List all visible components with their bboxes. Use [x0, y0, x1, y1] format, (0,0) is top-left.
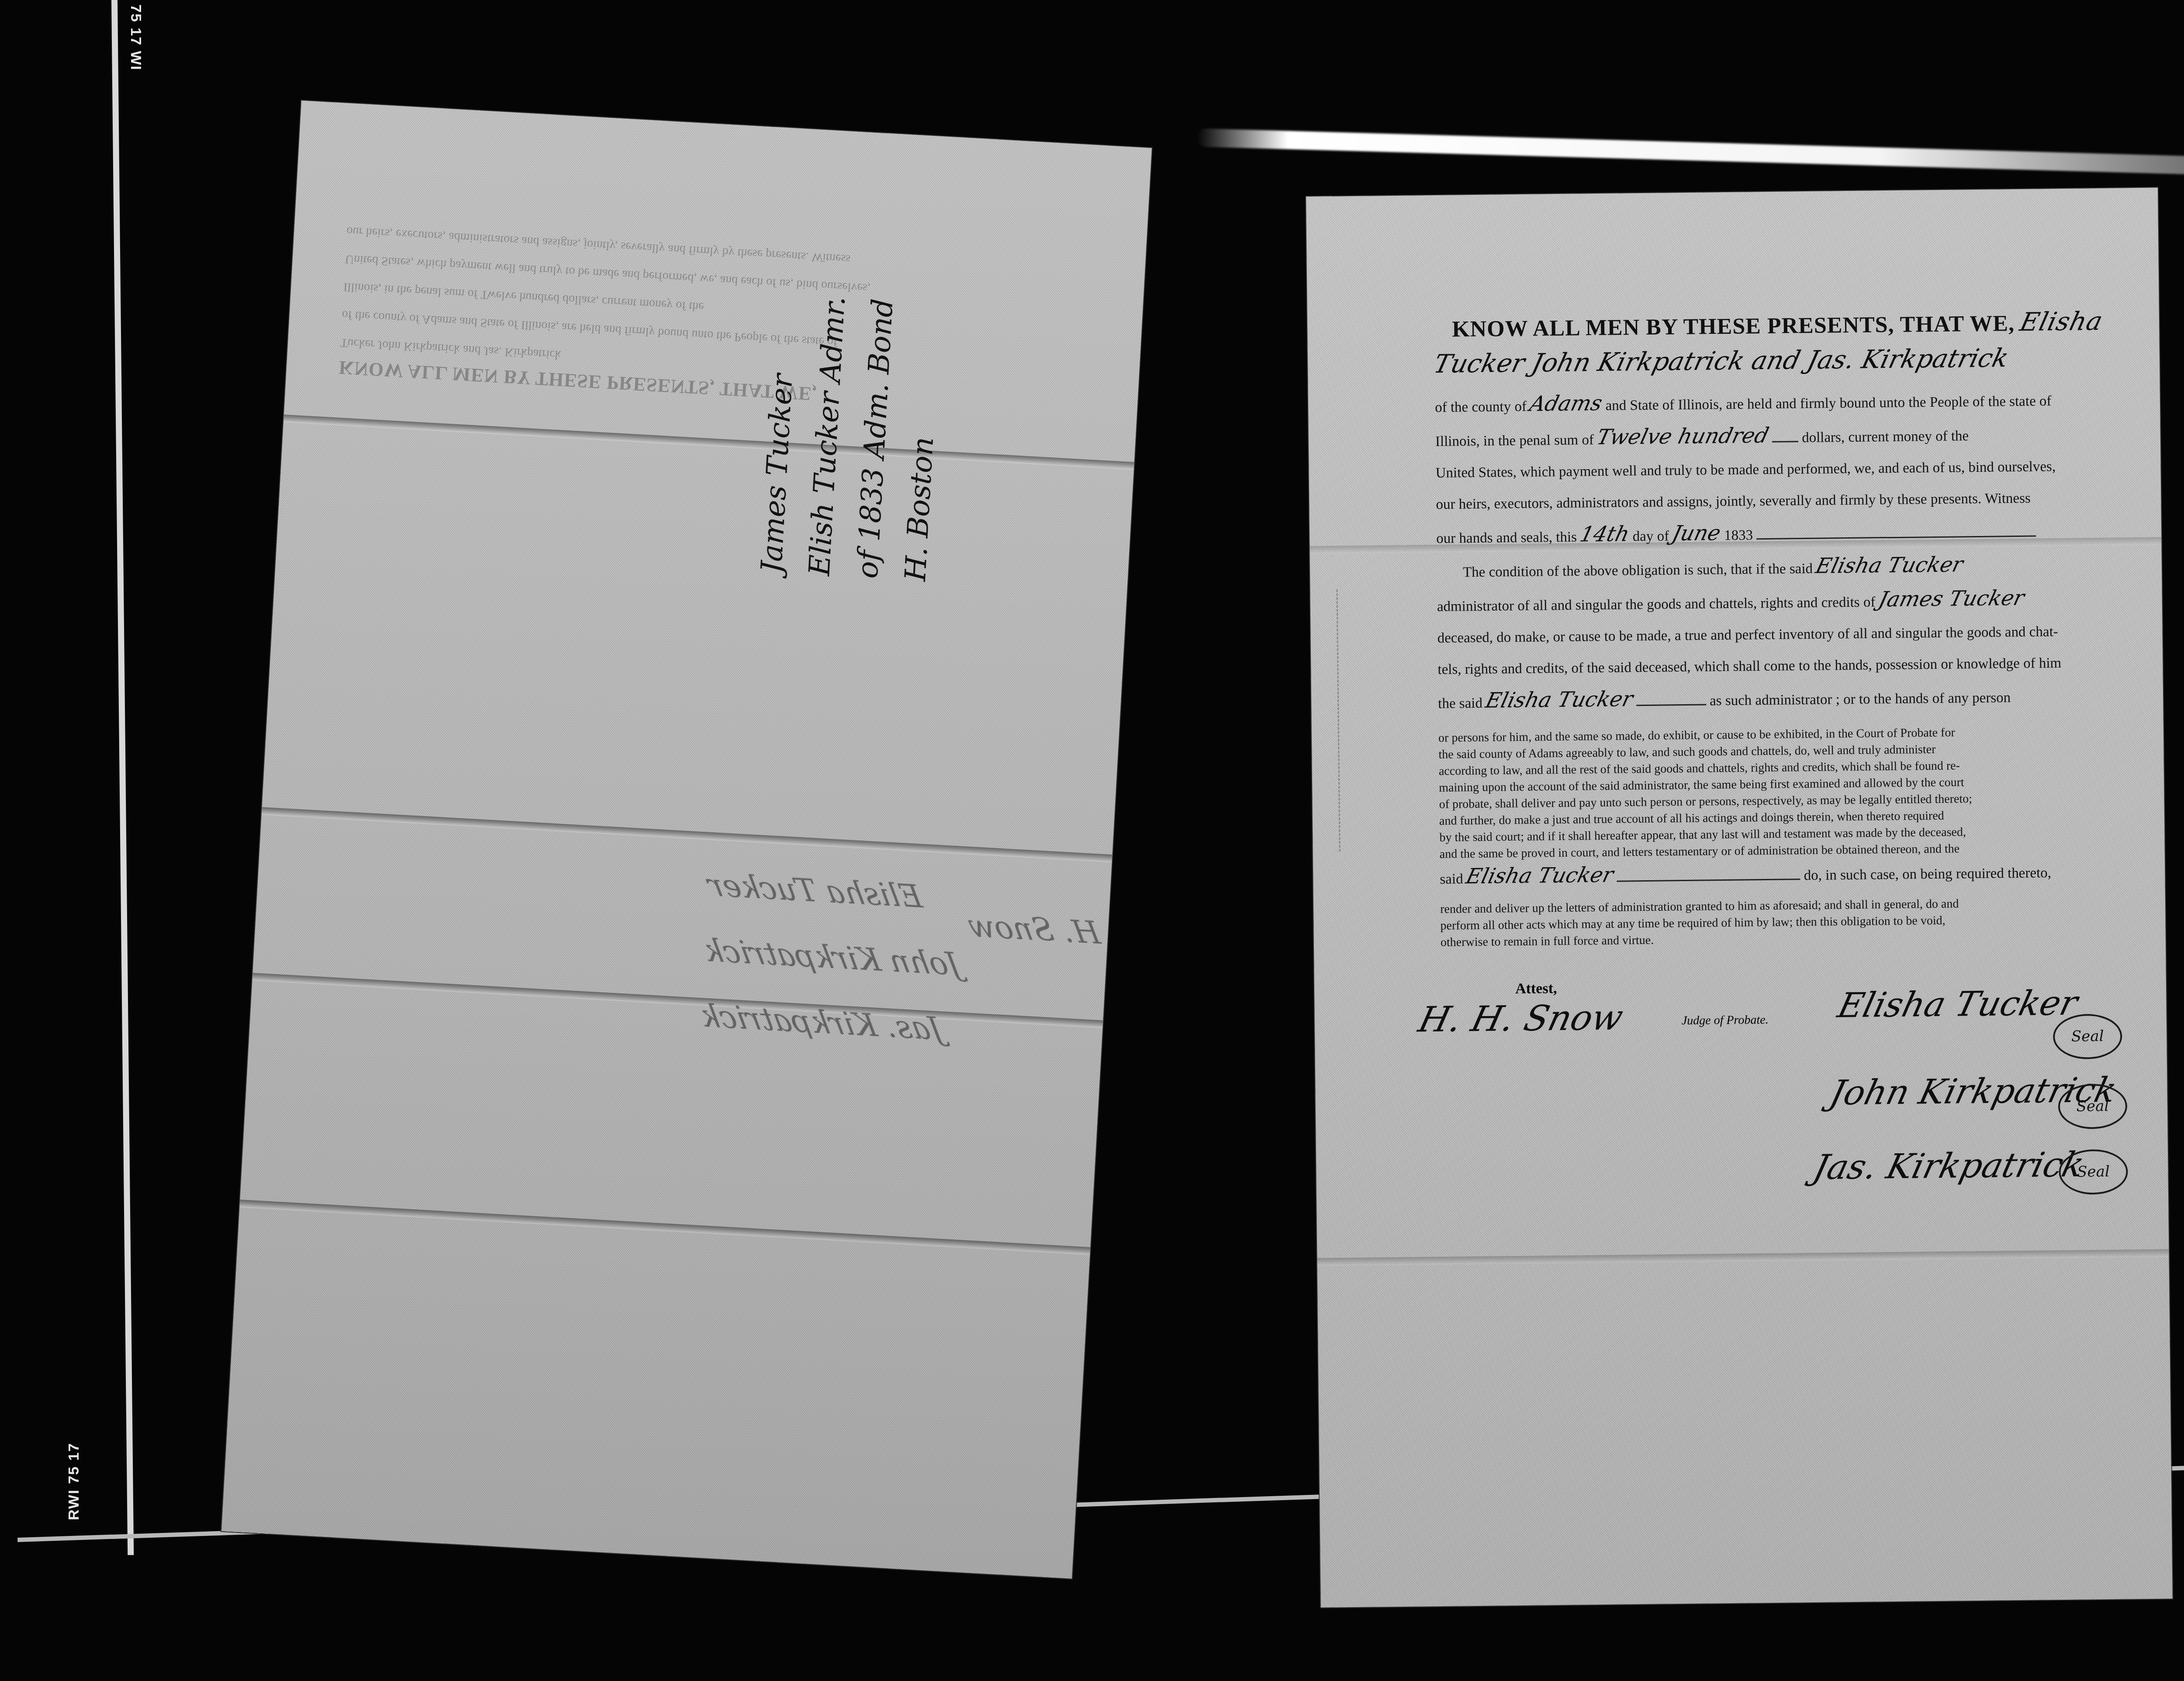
penal-sum-handwritten: Twelve hundred — [1593, 420, 1772, 453]
bleed-through-signature: John Kirkpatrick — [701, 932, 963, 983]
seal-mark: Seal — [2059, 1149, 2128, 1195]
microfilm-frame: 75 17 WI RWI 75 17 75 17 WI KNOW ALL MEN… — [0, 0, 2184, 1681]
bleed-through-signature: H. H. Snow — [965, 908, 1149, 954]
obligor-name-handwritten: Elisha — [2017, 306, 2106, 337]
judge-of-probate-label: Judge of Probate. — [1682, 1013, 1769, 1028]
docket-endorsement: James Tucker Elish Tucker Admr. of 1833 … — [747, 179, 961, 582]
printed-text: our hands and seals, this — [1436, 529, 1577, 546]
bleed-through-signature: Jas. Kirkpatrick — [698, 998, 946, 1048]
blank-rule — [1636, 704, 1706, 706]
month-handwritten: June — [1669, 517, 1724, 549]
fold-line — [252, 973, 1103, 1028]
printed-text: said — [1440, 871, 1463, 887]
film-glare-streak — [1197, 128, 2184, 179]
fold-line — [283, 415, 1134, 470]
blank-rule — [1617, 879, 1800, 882]
deceased-name-handwritten: James Tucker — [1875, 582, 2028, 616]
printed-text: of the county of — [1435, 399, 1527, 415]
day-handwritten: 14th — [1576, 518, 1632, 550]
obligors-line: Tucker John Kirkpatrick and Jas. Kirkpat… — [1434, 336, 2116, 389]
film-label-bottom-left: RWI 75 17 — [66, 1442, 83, 1520]
judge-signature: H. H. Snow — [1415, 997, 1627, 1040]
printed-text: Illinois, in the penal sum of — [1435, 432, 1594, 450]
printed-text: administrator of all and singular the go… — [1437, 594, 1876, 615]
seal-mark: Seal — [2053, 1014, 2122, 1060]
obligor-signature: Elisha Tucker — [1834, 984, 2082, 1026]
fold-line — [262, 807, 1113, 862]
administrator-name-handwritten: Elisha Tucker — [1463, 861, 1617, 891]
printed-text: as such administrator ; or to the hands … — [1710, 690, 2011, 709]
seal-mark: Seal — [2058, 1083, 2127, 1129]
year-handwritten: 1833 — [1724, 527, 1753, 543]
attest-label: Attest, — [1515, 980, 1557, 997]
printed-text: dollars, current money of the — [1802, 428, 1969, 446]
printed-text: and State of Illinois, are held and firm… — [1605, 393, 2051, 414]
administrator-name-handwritten: Elisha Tucker — [1813, 549, 1967, 582]
left-page-reverse-side: KNOW ALL MEN BY THESE PRESENTS, THAT WE,… — [221, 100, 1152, 1579]
county-line: of the county of Adams and State of Illi… — [1435, 382, 2117, 423]
printed-text: the said — [1438, 695, 1482, 712]
printed-text: day of — [1632, 528, 1669, 544]
bleed-through-signature: Elisha Tucker — [705, 867, 925, 915]
printed-text: The condition of the above obligation is… — [1463, 561, 1813, 580]
bond-text: KNOW ALL MEN BY THESE PRESENTS, THAT WE,… — [1434, 306, 2122, 951]
blank-rule — [1772, 441, 1798, 443]
film-label-top-left: 75 17 WI — [127, 4, 144, 71]
obligor-names-handwritten: Tucker John Kirkpatrick and Jas. Kirkpat… — [1430, 337, 2013, 385]
fold-line — [239, 1200, 1090, 1255]
administrator-name-handwritten: Elisha Tucker — [1482, 683, 1636, 716]
county-handwritten: Adams — [1527, 387, 1606, 420]
signature-block: Attest, H. H. Snow Judge of Probate. Eli… — [1410, 974, 2134, 1287]
bond-title: KNOW ALL MEN BY THESE PRESENTS, THAT WE, — [1452, 311, 2015, 342]
date-line: our hands and seals, this 14th day of Ju… — [1436, 513, 2118, 554]
film-edge-left — [111, 0, 134, 1555]
blank-rule — [1756, 536, 2036, 540]
printed-text: do, in such case, on being required ther… — [1804, 865, 2051, 883]
obligor-signature: Jas. Kirkpatrick — [1810, 1145, 2088, 1187]
margin-pencil-marks — [1336, 588, 1427, 851]
right-page-administrator-bond: KNOW ALL MEN BY THESE PRESENTS, THAT WE,… — [1306, 188, 2173, 1608]
